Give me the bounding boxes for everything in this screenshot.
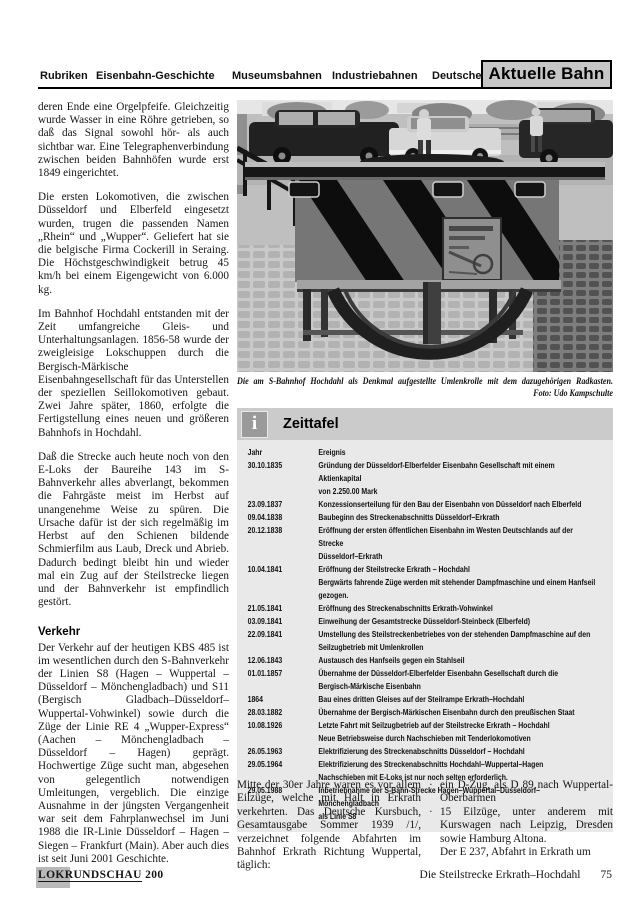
event-line: Austausch des Hanfseils gegen ein Stahls…	[318, 654, 598, 667]
page-number: 75	[601, 869, 613, 881]
row-event: Baubeginn des Streckenabschnitts Düsseld…	[318, 511, 613, 524]
row-year: 21.05.1841	[237, 602, 318, 615]
event-line: Konzessionserteilung für den Bau der Eis…	[318, 498, 598, 511]
event-line: Bergwärts fahrende Züge werden mit stehe…	[318, 576, 598, 602]
bullet-marker: ·	[429, 806, 440, 846]
row-event: Umstellung des Steilstreckenbetriebes vo…	[318, 628, 613, 654]
paragraph: Im Bahnhof Hochdahl entstanden mit der Z…	[38, 308, 229, 440]
table-row: 01.01.1857 Übernahme der Düsseldorf-Elbe…	[237, 667, 613, 693]
continuation-text: Der E 237, Abfahrt in Erkrath um	[429, 846, 613, 859]
table-row: 22.09.1841 Umstellung des Steilstreckenb…	[237, 628, 613, 654]
magazine-name: LOKRUNDSCHAU	[38, 869, 142, 882]
row-event: Eröffnung der ersten öffentlichen Eisenb…	[318, 524, 613, 563]
nav-item-eisenbahn-geschichte: Eisenbahn-Geschichte	[96, 70, 215, 82]
event-line: Düsseldorf–Erkrath	[318, 550, 598, 563]
event-line: Baubeginn des Streckenabschnitts Düsseld…	[318, 511, 598, 524]
row-year: 1864	[237, 693, 318, 706]
row-event: Einweihung der Gesamtstrecke Düsseldorf-…	[318, 615, 613, 628]
event-line: Eröffnung der ersten öffentlichen Eisenb…	[318, 524, 598, 550]
photo-illustration	[237, 100, 613, 372]
section-heading-verkehr: Verkehr	[38, 626, 229, 639]
event-line: Letzte Fahrt mit Seilzugbetrieb auf der …	[318, 719, 598, 732]
row-event: Austausch des Hanfseils gegen ein Stahls…	[318, 654, 613, 667]
event-line: Seilzugbetrieb mit Umlenkrollen	[318, 641, 598, 654]
table-row: 10.04.1841 Eröffnung der Steilstrecke Er…	[237, 563, 613, 602]
paragraph: Die ersten Lokomotiven, die zwischen Düs…	[38, 191, 229, 297]
zeittafel-title: Zeittafel	[283, 408, 339, 440]
issue-number: 200	[145, 869, 163, 881]
table-row: 20.12.1838 Eröffnung der ersten öffentli…	[237, 524, 613, 563]
event-line: Übernahme der Bergisch-Märkischen Eisenb…	[318, 706, 598, 719]
row-year: 10.04.1841	[237, 563, 318, 602]
row-year: 03.09.1841	[237, 615, 318, 628]
event-line: Eröffnung des Streckenabschnitts Erkrath…	[318, 602, 598, 615]
table-row: 23.09.1837 Konzessionserteilung für den …	[237, 498, 613, 511]
row-year: 10.08.1926	[237, 719, 318, 745]
zeittafel-panel: i Zeittafel Jahr Ereignis 30.10.1835 Grü…	[237, 408, 613, 832]
photo-credit: Foto: Udo Kampschulte	[237, 389, 613, 401]
event-line: Elektrifizierung des Streckenabschnitts …	[318, 745, 598, 758]
row-year: 09.04.1838	[237, 511, 318, 524]
row-event: Gründung der Düsseldorf-Elberfelder Eise…	[318, 459, 613, 498]
table-row: 30.10.1835 Gründung der Düsseldorf-Elber…	[237, 459, 613, 498]
row-year: 01.01.1857	[237, 667, 318, 693]
event-line: Elektrifizierung des Streckenabschnitts …	[318, 758, 598, 771]
bullet-item: · ein D-Zug, als D 89 nach Wuppertal-Obe…	[429, 779, 613, 806]
row-year: 20.12.1838	[237, 524, 318, 563]
info-icon: i	[241, 411, 268, 438]
bullet-marker: ·	[429, 779, 440, 806]
row-event: Letzte Fahrt mit Seilzugbetrieb auf der …	[318, 719, 613, 745]
row-year: 23.09.1837	[237, 498, 318, 511]
paragraph: Der Verkehr auf der heutigen KBS 485 ist…	[38, 642, 229, 866]
row-event: Eröffnung der Steilstrecke Erkrath – Hoc…	[318, 563, 613, 602]
article-left-column: deren Ende eine Orgelpfeife. Gleichzeiti…	[38, 101, 229, 877]
table-row: 21.05.1841 Eröffnung des Streckenabschni…	[237, 602, 613, 615]
row-year: 12.06.1843	[237, 654, 318, 667]
row-year: 26.05.1963	[237, 745, 318, 758]
caption-text: Die am S-Bahnhof Hochdahl als Denkmal au…	[237, 377, 613, 389]
event-line: Eröffnung der Steilstrecke Erkrath – Hoc…	[318, 563, 598, 576]
table-row: 26.05.1963 Elektrifizierung des Strecken…	[237, 745, 613, 758]
col-header-jahr: Jahr	[237, 446, 318, 459]
article-title: Die Steilstrecke Erkrath–Hochdahl	[420, 869, 581, 881]
table-row: 09.04.1838 Baubeginn des Streckenabschni…	[237, 511, 613, 524]
nav-item-industriebahnen: Industriebahnen	[332, 70, 418, 82]
row-event: Bau eines dritten Gleises auf der Steilr…	[318, 693, 613, 706]
table-row: 12.06.1843 Austausch des Hanfseils gegen…	[237, 654, 613, 667]
nav-item-rubriken: Rubriken	[40, 70, 88, 82]
row-year: 30.10.1835	[237, 459, 318, 498]
photo-umlenkrolle-monument	[237, 100, 613, 372]
table-row: 10.08.1926 Letzte Fahrt mit Seilzugbetri…	[237, 719, 613, 745]
footer-article-info: Die Steilstrecke Erkrath–Hochdahl75	[420, 869, 612, 881]
row-event: Elektrifizierung des Streckenabschnitts …	[318, 745, 613, 758]
bullet-item: · 15 Eilzüge, unter anderem mit Kurswage…	[429, 806, 613, 846]
active-rubric-aktuelle-bahn: Aktuelle Bahn	[481, 60, 612, 89]
paragraph: Daß die Strecke auch heute noch von den …	[38, 451, 229, 609]
row-event: Konzessionserteilung für den Bau der Eis…	[318, 498, 613, 511]
row-event: Eröffnung des Streckenabschnitts Erkrath…	[318, 602, 613, 615]
event-line: Übernahme der Düsseldorf-Elberfelder Eis…	[318, 667, 598, 680]
bottom-left-column: Mitte der 30er Jahre waren es vor allem …	[237, 779, 421, 873]
nav-item-museumsbahnen: Museumsbahnen	[232, 70, 322, 82]
paragraph: deren Ende eine Orgelpfeife. Gleichzeiti…	[38, 101, 229, 180]
event-line: Bau eines dritten Gleises auf der Steilr…	[318, 693, 598, 706]
zeittafel-header: i Zeittafel	[237, 408, 613, 440]
event-line: Neue Betriebsweise durch Nachschieben mi…	[318, 732, 598, 745]
event-line: von 2.250.00 Mark	[318, 485, 598, 498]
row-event: Übernahme der Bergisch-Märkischen Eisenb…	[318, 706, 613, 719]
footer-magazine: LOKRUNDSCHAU 200	[38, 869, 164, 881]
table-header-row: Jahr Ereignis	[237, 446, 613, 459]
table-row: 28.03.1882 Übernahme der Bergisch-Märkis…	[237, 706, 613, 719]
memorial-plaque	[443, 218, 501, 280]
monument-body	[289, 180, 559, 282]
event-line: Umstellung des Steilstreckenbetriebes vo…	[318, 628, 598, 641]
event-line: Bergisch-Märkische Eisenbahn	[318, 680, 598, 693]
row-event: Übernahme der Düsseldorf-Elberfelder Eis…	[318, 667, 613, 693]
col-header-ereignis: Ereignis	[318, 446, 613, 459]
header-rule	[38, 87, 612, 89]
zeittafel-table: Jahr Ereignis 30.10.1835 Gründung der Dü…	[237, 440, 613, 832]
bullet-text: 15 Eilzüge, unter anderem mit Kurswagen …	[440, 806, 613, 846]
row-year: 22.09.1841	[237, 628, 318, 654]
photo-caption: Die am S-Bahnhof Hochdahl als Denkmal au…	[237, 377, 613, 400]
event-line: Einweihung der Gesamtstrecke Düsseldorf-…	[318, 615, 598, 628]
table-row: 03.09.1841 Einweihung der Gesamtstrecke …	[237, 615, 613, 628]
bullet-text: ein D-Zug, als D 89 nach Wuppertal-Oberb…	[440, 779, 613, 806]
table-row: 1864 Bau eines dritten Gleises auf der S…	[237, 693, 613, 706]
row-year: 28.03.1882	[237, 706, 318, 719]
bottom-right-column: · ein D-Zug, als D 89 nach Wuppertal-Obe…	[429, 779, 613, 859]
event-line: Gründung der Düsseldorf-Elberfelder Eise…	[318, 459, 598, 485]
